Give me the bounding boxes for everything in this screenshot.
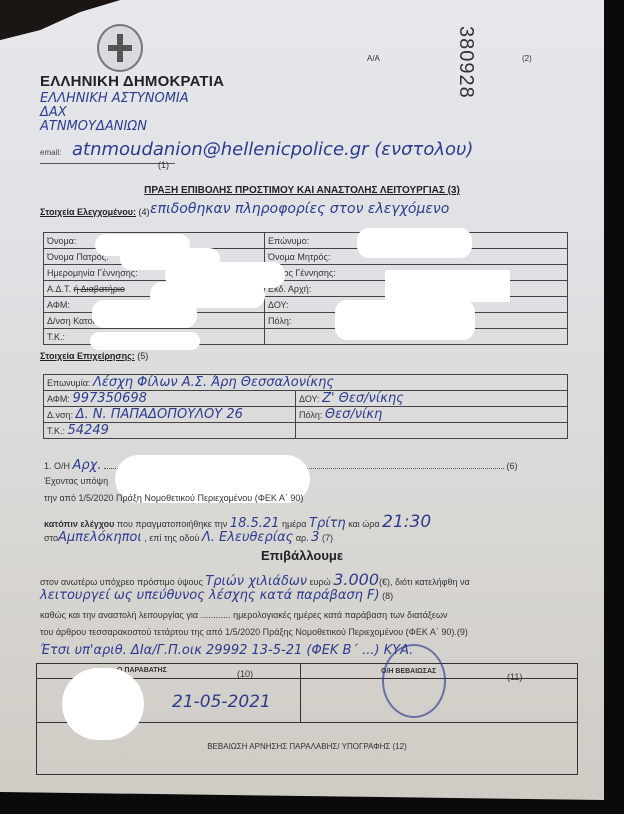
stamp-signature: [382, 644, 446, 718]
fine-amount-value: 3.000: [333, 570, 379, 589]
business-doy-cell: ΔΟΥ: Ζ' Θεσ/νίκης: [296, 391, 568, 407]
currency-label: (€),: [379, 577, 393, 587]
location-line: στοΑμπελόκηποι , επί της οδού Λ. Ελευθερ…: [44, 530, 584, 545]
fine-amount-words: Τριών χιλιάδων: [205, 574, 307, 589]
redaction-mark: [335, 300, 475, 340]
email-value: atnmoudanion@hellenicpolice.gr (ενστολου…: [72, 139, 473, 160]
passport-strikethrough: ή Διαβατήριο: [74, 284, 125, 294]
ref-1: (1): [158, 160, 169, 170]
ref-6: (6): [507, 461, 518, 471]
email-underline: [40, 163, 175, 164]
street-number: 3: [311, 530, 319, 545]
inspection-bold: κατόπιν ελέγχου: [44, 519, 114, 529]
business-afm-value: 997350698: [72, 391, 146, 406]
ref-11: (11): [507, 672, 522, 682]
republic-heading: ΕΛΛΗΝΙΚΗ ΔΗΜΟΚΡΑΤΙΑ: [40, 73, 224, 90]
coat-of-arms-icon: [97, 24, 143, 72]
violator-date: 21-05-2021: [172, 692, 271, 712]
location-prefix: στο: [44, 533, 58, 543]
authority-line-1: ΕΛΛΗΝΙΚΗ ΑΣΤΥΝΟΜΙΑ: [40, 91, 189, 106]
empty-cell: [296, 423, 568, 439]
business-details-table: Επωνυμία: Λέσχη Φίλων Α.Σ. Άρη Θεσσαλονί…: [43, 374, 568, 439]
table-row: Δ.νση: Δ. Ν. ΠΑΠΑΔΟΠΟΥΛΟΥ 26 Πόλη: Θεσ/ν…: [44, 407, 568, 423]
ref-10: (10): [237, 669, 253, 679]
act-reference-line: την από 1/5/2020 Πράξη Νομοθετικού Περιε…: [44, 493, 303, 503]
fine-reason-line: λειτουργεί ως υπεύθυνος λέσχης κατά παρά…: [40, 588, 600, 603]
business-address-label: Δ.νση:: [47, 410, 73, 420]
legal-article-line: του άρθρου τεσσαρακοστού τετάρτου της απ…: [40, 627, 600, 637]
ref-5: (5): [137, 351, 148, 361]
day-label: ημέρα: [282, 519, 307, 529]
section-business-label: Στοιχεία Επιχείρησης: (5): [40, 351, 148, 361]
business-afm-label: ΑΦΜ:: [47, 394, 70, 404]
ref-7: (7): [322, 533, 333, 543]
fine-reason-prefix: διότι κατελήφθη να: [395, 577, 470, 587]
section-inspected-value: επιδοθηκαν πληροφορίες στον ελεγχόμενο: [150, 201, 449, 217]
inspection-line: κατόπιν ελέγχου που πραγματοποιήθηκε την…: [44, 512, 584, 532]
divider: [300, 664, 301, 722]
ref-2: (2): [522, 54, 532, 63]
ref-4: (4): [138, 207, 149, 217]
impose-heading: Επιβάλλουμε: [0, 548, 604, 563]
business-name-label: Επωνυμία:: [47, 378, 90, 388]
redaction-mark: [385, 270, 510, 302]
document-title: ΠΡΑΞΗ ΕΠΙΒΟΛΗΣ ΠΡΟΣΤΙΜΟΥ ΚΑΙ ΑΝΑΣΤΟΛΗΣ Λ…: [0, 185, 604, 196]
business-city-cell: Πόλη: Θεσ/νίκη: [296, 407, 568, 423]
officer-prefix: 1. Ο/Η: [44, 461, 70, 471]
email-label: email:: [40, 148, 61, 157]
refusal-label: ΒΕΒΑΙΩΣΗ ΑΡΝΗΣΗΣ ΠΑΡΑΛΑΒΗΣ/ ΥΠΟΓΡΑΦΗΣ (1…: [37, 742, 577, 751]
number-label: αρ.: [296, 533, 309, 543]
business-address-value: Δ. Ν. ΠΑΠΑΔΟΠΟΥΛΟΥ 26: [76, 407, 243, 422]
business-city-label: Πόλη:: [299, 410, 322, 420]
legal-basis-value: Έτσι υπ'αριθ. ΔΙα/Γ.Π.οικ 29992 13-5-21 …: [40, 643, 600, 658]
business-name-value: Λέσχη Φίλων Α.Σ. Άρη Θεσσαλονίκης: [93, 375, 334, 390]
officer-rank: Αρχ.: [73, 458, 102, 473]
ref-8: (8): [382, 591, 393, 601]
inspection-time: 21:30: [382, 512, 431, 532]
business-tk-cell: Τ.Κ.: 54249: [44, 423, 296, 439]
business-doy-label: ΔΟΥ:: [299, 394, 320, 404]
table-row: Επωνυμία: Λέσχη Φίλων Α.Σ. Άρη Θεσσαλονί…: [44, 375, 568, 391]
street-label: , επί της οδού: [144, 533, 199, 543]
fine-amount-line: στον ανωτέρω υπόχρεο πρόστιμο ύψους Τριώ…: [40, 570, 595, 589]
euro-label: ευρώ: [310, 577, 331, 587]
street-value: Λ. Ελευθερίας: [202, 530, 293, 545]
redaction-mark: [92, 300, 197, 328]
section-inspected-label: Στοιχεία Ελεγχομένου: (4): [40, 207, 149, 217]
business-tk-value: 54249: [68, 423, 109, 438]
redaction-mark: [62, 668, 144, 740]
business-doy-value: Ζ' Θεσ/νίκης: [322, 391, 404, 406]
business-tk-label: Τ.Κ.:: [47, 426, 65, 436]
business-name-cell: Επωνυμία: Λέσχη Φίλων Α.Σ. Άρη Θεσσαλονί…: [44, 375, 568, 391]
serial-number: 380928: [454, 26, 477, 99]
table-row: ΑΦΜ: 997350698 ΔΟΥ: Ζ' Θεσ/νίκης: [44, 391, 568, 407]
inspection-text: που πραγματοποιήθηκε την: [117, 519, 227, 529]
authority-line-3: ΑΤΝΜΟΥΔΑΝΙΩΝ: [40, 119, 147, 134]
business-address-cell: Δ.νση: Δ. Ν. ΠΑΠΑΔΟΠΟΥΛΟΥ 26: [44, 407, 296, 423]
section-4-label: Στοιχεία Ελεγχομένου:: [40, 207, 136, 217]
aa-label: Α/Α: [367, 54, 380, 63]
id-label: Α.Δ.Τ.: [47, 284, 71, 294]
considering-line: Έχοντας υπόψη: [44, 476, 108, 486]
section-5-label: Στοιχεία Επιχείρησης:: [40, 351, 135, 361]
authority-line-2: ΔΑΧ: [40, 105, 67, 120]
fine-text: στον ανωτέρω υπόχρεο πρόστιμο ύψους: [40, 577, 203, 587]
suspension-line: καθώς και την αναστολή λειτουργίας για .…: [40, 610, 600, 620]
redaction-mark: [357, 228, 472, 258]
redaction-mark: [90, 332, 200, 350]
location-place: Αμπελόκηποι: [58, 530, 142, 545]
fine-document-page: ΕΛΛΗΝΙΚΗ ΔΗΜΟΚΡΑΤΙΑ ΕΛΛΗΝΙΚΗ ΑΣΤΥΝΟΜΙΑ Δ…: [0, 0, 604, 800]
fine-reason-value: λειτουργεί ως υπεύθυνος λέσχης κατά παρά…: [40, 588, 380, 603]
inspection-day: Τρίτη: [309, 516, 346, 531]
table-row: Τ.Κ.: 54249: [44, 423, 568, 439]
business-city-value: Θεσ/νίκη: [325, 407, 382, 422]
inspection-date: 18.5.21: [230, 516, 280, 531]
business-afm-cell: ΑΦΜ: 997350698: [44, 391, 296, 407]
time-label: και ώρα: [348, 519, 379, 529]
